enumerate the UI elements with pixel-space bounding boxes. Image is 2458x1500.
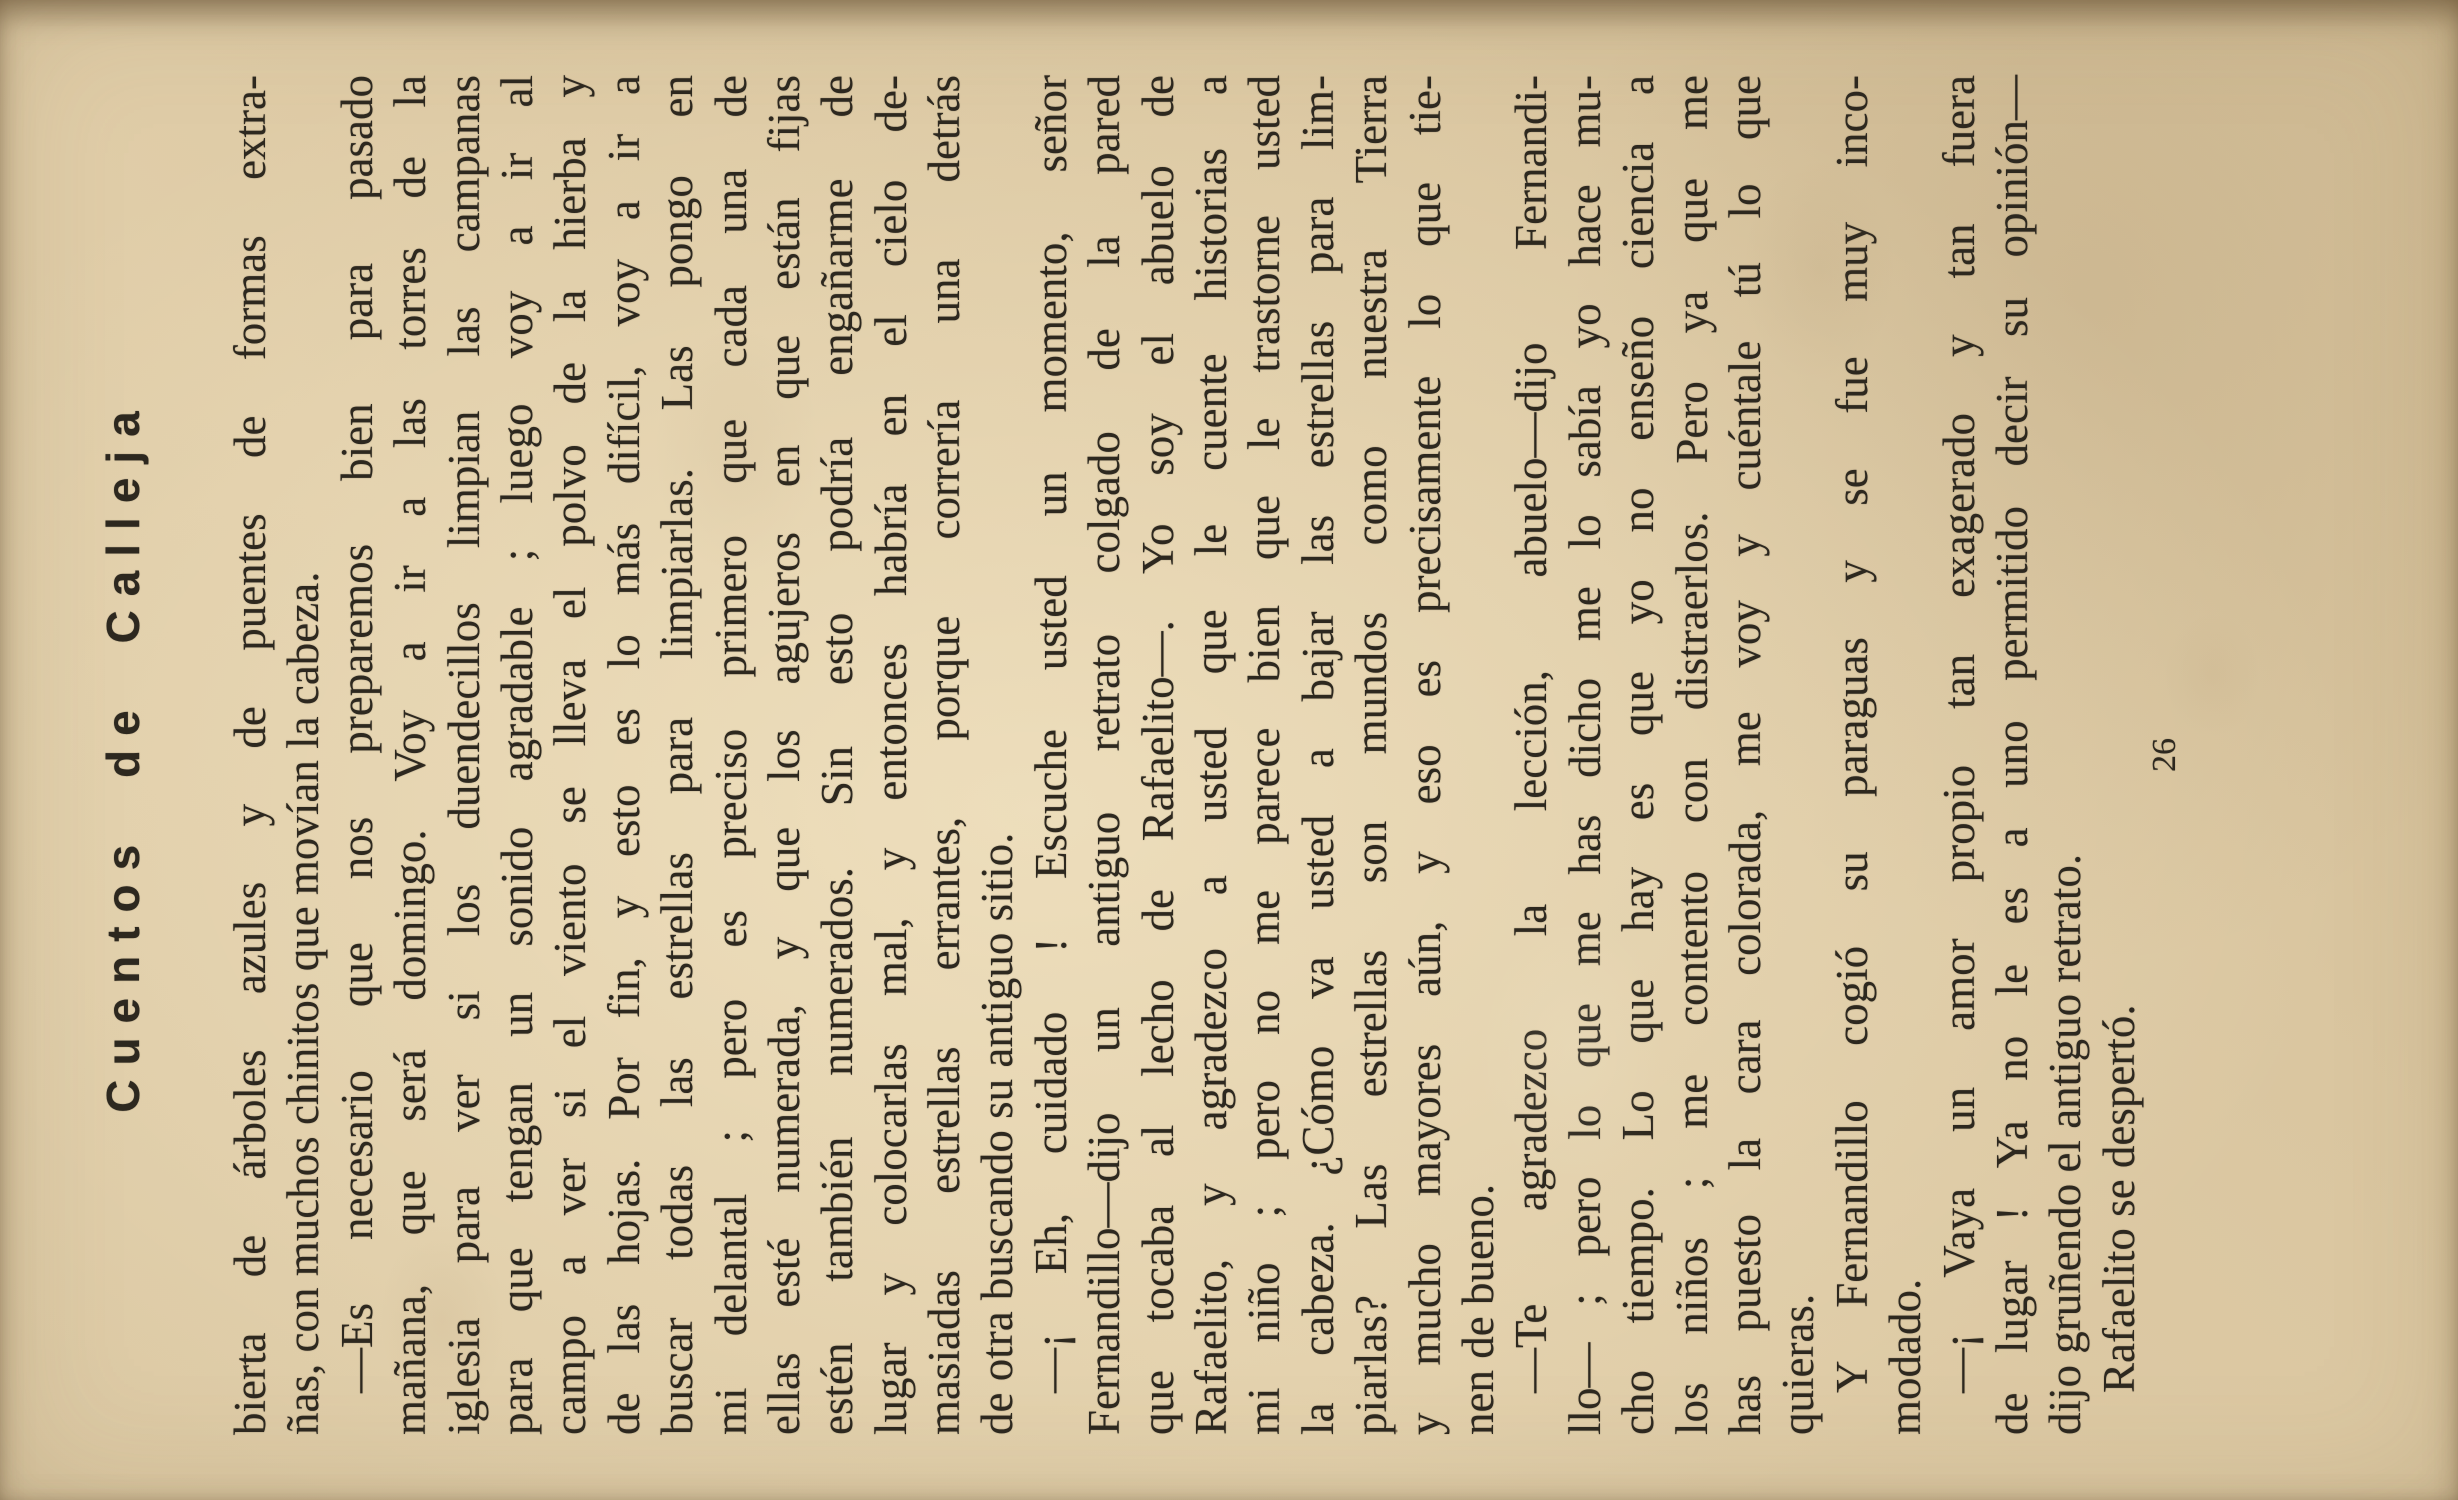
book-page: Cuentos de Calleja bierta de árboles azu… xyxy=(0,0,2458,1500)
text-line: —Es necesario que nos preparemos bien pa… xyxy=(331,75,384,1435)
text-line: —Te agradezco la lección, abuelo—dijo Fe… xyxy=(1505,75,1558,1435)
text-line: estén también numerados. Sin esto podría… xyxy=(811,75,864,1435)
text-line: modado. xyxy=(1879,75,1932,1435)
text-line: ellas esté numerada, y que los agujeros … xyxy=(758,75,811,1435)
text-line: cho tiempo. Lo que hay es que yo no ense… xyxy=(1612,75,1665,1435)
text-line: llo— ; pero lo que me has dicho me lo sa… xyxy=(1559,75,1612,1435)
scanned-page-photo: Cuentos de Calleja bierta de árboles azu… xyxy=(0,0,2458,1500)
text-line: mi niño ; pero no me parece bien que le … xyxy=(1238,75,1291,1435)
text-line: de lugar ! Ya no le es a uno permitido d… xyxy=(1986,75,2039,1435)
text-line: que tocaba al lecho de Rafaelito—. Yo so… xyxy=(1132,75,1185,1435)
text-line: y mucho mayores aún, y eso es precisamen… xyxy=(1399,75,1452,1435)
page-number: 26 xyxy=(2146,75,2184,1435)
text-line: la cabeza. ¿Cómo va usted a bajar las es… xyxy=(1292,75,1345,1435)
text-line: Rafaelito se despertó. xyxy=(2093,75,2146,1435)
text-line: los niños ; me contento con distraerlos.… xyxy=(1666,75,1719,1435)
text-line: ñas, con muchos chinitos que movían la c… xyxy=(277,75,330,1435)
running-head: Cuentos de Calleja xyxy=(96,75,150,1435)
text-block: bierta de árboles azules y de puentes de… xyxy=(224,75,2146,1435)
text-line: mañana, que será domingo. Voy a ir a las… xyxy=(384,75,437,1435)
text-line: bierta de árboles azules y de puentes de… xyxy=(224,75,277,1435)
text-line: buscar todas las estrellas para limpiarl… xyxy=(651,75,704,1435)
text-line: lugar y colocarlas mal, y entonces habrí… xyxy=(865,75,918,1435)
text-line: —¡ Vaya un amor propio tan exagerado y t… xyxy=(1933,75,1986,1435)
text-line: has puesto la cara colorada, me voy y cu… xyxy=(1719,75,1772,1435)
text-line: Fernandillo—dijo un antiguo retrato colg… xyxy=(1078,75,1131,1435)
text-line: piarlas? Las estrellas son mundos como n… xyxy=(1345,75,1398,1435)
text-line: masiadas estrellas errantes, porque corr… xyxy=(918,75,971,1435)
text-line: dijo gruñendo el antiguo retrato. xyxy=(2039,75,2092,1435)
text-line: nen de bueno. xyxy=(1452,75,1505,1435)
text-line: campo a ver si el viento se lleva el pol… xyxy=(544,75,597,1435)
text-line: iglesia para ver si los duendecillos lim… xyxy=(438,75,491,1435)
text-line: de otra buscando su antiguo sitio. xyxy=(971,75,1024,1435)
text-line: Y Fernandillo cogió su paraguas y se fue… xyxy=(1826,75,1879,1435)
text-line: —¡ Eh, cuidado ! Escuche usted un moment… xyxy=(1025,75,1078,1435)
text-line: quieras. xyxy=(1772,75,1825,1435)
text-line: mi delantal ; pero es preciso primero qu… xyxy=(705,75,758,1435)
text-line: de las hojas. Por fin, y esto es lo más … xyxy=(598,75,651,1435)
text-line: para que tengan un sonido agradable ; lu… xyxy=(491,75,544,1435)
text-line: Rafaelito, y agradezco a usted que le cu… xyxy=(1185,75,1238,1435)
